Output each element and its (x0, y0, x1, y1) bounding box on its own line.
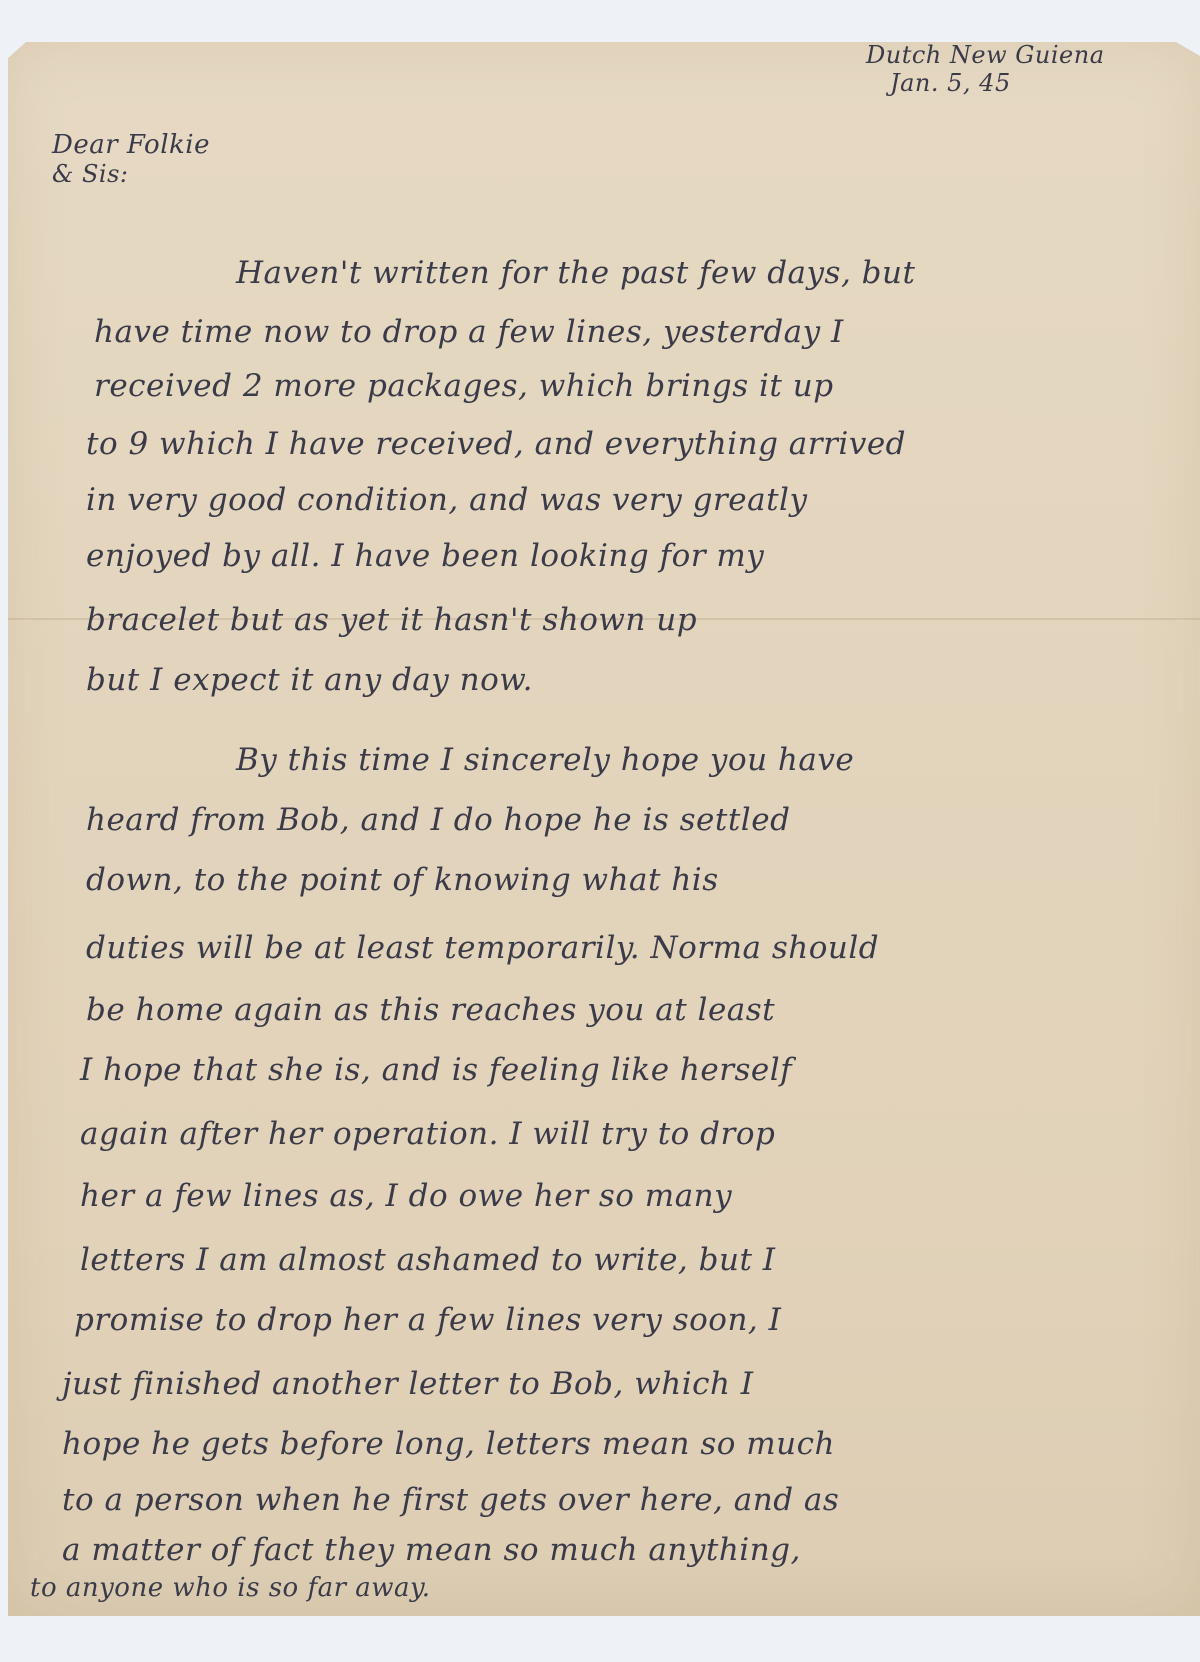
letter-line: letters I am almost ashamed to write, bu… (80, 1240, 776, 1280)
letter-line: I hope that she is, and is feeling like … (80, 1050, 792, 1090)
letter-line: received 2 more packages, which brings i… (94, 366, 834, 406)
letter-line: again after her operation. I will try to… (80, 1114, 775, 1154)
letter-line: in very good condition, and was very gre… (86, 480, 807, 520)
letter-line: promise to drop her a few lines very soo… (74, 1300, 781, 1340)
letter-line: to anyone who is so far away. (30, 1568, 431, 1608)
letter-line: By this time I sincerely hope you have (236, 740, 854, 780)
letter-line: down, to the point of knowing what his (86, 860, 719, 900)
letter-line: her a few lines as, I do owe her so many (80, 1176, 732, 1216)
letter-line: a matter of fact they mean so much anyth… (62, 1530, 801, 1570)
letter-line: but I expect it any day now. (86, 660, 533, 700)
letter-line: have time now to drop a few lines, yeste… (94, 312, 844, 352)
letter-place: Dutch New Guiena (866, 40, 1105, 70)
letter-line: hope he gets before long, letters mean s… (62, 1424, 835, 1464)
letter-line: bracelet but as yet it hasn't shown up (86, 600, 697, 640)
letter-date: Jan. 5, 45 (890, 68, 1011, 98)
salutation-line-2: & Sis: (52, 160, 129, 188)
letter-line: be home again as this reaches you at lea… (86, 990, 775, 1030)
letter-line: heard from Bob, and I do hope he is sett… (86, 800, 790, 840)
letter-line: to a person when he first gets over here… (62, 1480, 839, 1520)
letter-line: just finished another letter to Bob, whi… (62, 1364, 754, 1404)
letter-line: Haven't written for the past few days, b… (236, 253, 915, 293)
letter-line: duties will be at least temporarily. Nor… (86, 928, 879, 968)
salutation-line-1: Dear Folkie (52, 130, 210, 160)
letter-line: to 9 which I have received, and everythi… (86, 424, 906, 464)
letter-line: enjoyed by all. I have been looking for … (86, 536, 764, 576)
